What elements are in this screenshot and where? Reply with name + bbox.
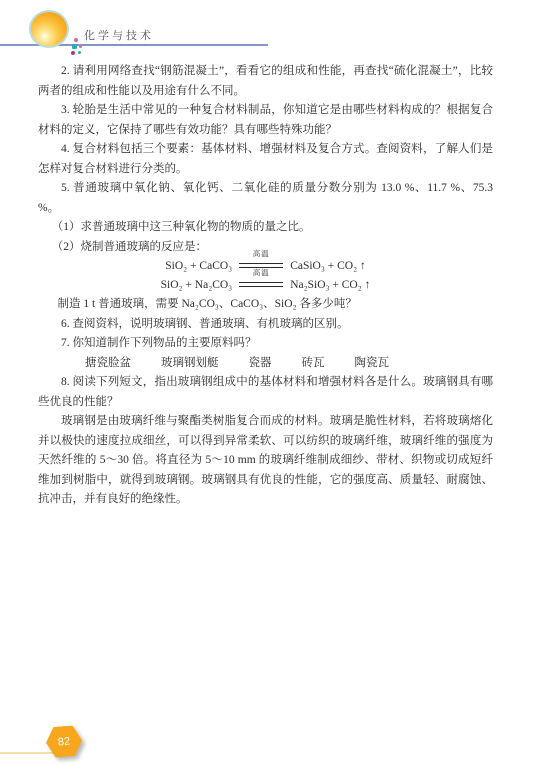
question-7-item-row: 搪瓷脸盆 玻璃钢划艇 瓷器 砖瓦 陶瓷瓦 xyxy=(38,354,493,374)
item-porcelain: 瓷器 xyxy=(249,354,272,374)
question-3: 3. 轮胎是生活中常见的一种复合材料制品，你知道它是由哪些材料构成的？根据复合材… xyxy=(38,101,493,140)
question-list: 2. 请利用网络查找“钢筋混凝土”，看看它的组成和性能，再查找“硫化混凝土”，比… xyxy=(38,62,493,510)
question-6: 6. 查阅资料，说明玻璃钢、普通玻璃、有机玻璃的区别。 xyxy=(38,315,493,335)
question-5: 5. 普通玻璃中氧化钠、氧化钙、二氧化硅的质量分数分别为 13.0 %、11.7… xyxy=(38,179,493,218)
question-5-followup: 制造 1 t 普通玻璃，需要 Na₂CO₃、CaCO₃、SiO₂ 各多少吨？ xyxy=(38,295,493,315)
equation-block: SiO₂ + CaCO₃高温CaSiO₃ + CO₂ ↑ SiO₂ + Na₂C… xyxy=(38,257,493,295)
page-number-hexagon: 82 xyxy=(44,724,83,759)
equation-lhs: SiO₂ + CaCO₃ xyxy=(165,260,232,272)
reading-passage: 玻璃钢是由玻璃纤维与聚酯类树脂复合而成的材料。玻璃是脆性材料，若将玻璃熔化并以极… xyxy=(38,412,493,510)
chapter-title: 化学与技术 xyxy=(84,27,154,43)
page-header: 化学与技术 xyxy=(0,0,550,58)
condition-label: 高温 xyxy=(253,263,270,282)
condition-label: 高温 xyxy=(253,244,270,263)
chemical-equation-2: SiO₂ + Na₂CO₃高温Na₂SiO₃ + CO₂ ↑ xyxy=(38,276,493,295)
item-enamel-basin: 搪瓷脸盆 xyxy=(85,354,131,374)
equation-rhs: Na₂SiO₃ + CO₂ ↑ xyxy=(290,279,370,291)
item-fiberglass-rowboat: 玻璃钢划艇 xyxy=(161,354,219,374)
question-2: 2. 请利用网络查找“钢筋混凝土”，看看它的组成和性能，再查找“硫化混凝土”，比… xyxy=(38,62,493,101)
page-number-badge: 82 xyxy=(46,726,82,757)
equation-rhs: CaSiO₃ + CO₂ ↑ xyxy=(290,260,366,272)
molecule-icon xyxy=(67,38,85,56)
question-8: 8. 阅读下列短文，指出玻璃钢组成中的基体材料和增强材料各是什么。玻璃钢具有哪些… xyxy=(38,373,493,412)
equation-lhs: SiO₂ + Na₂CO₃ xyxy=(161,279,233,291)
question-5-sub-1: （1）求普通玻璃中这三种氧化物的物质的量之比。 xyxy=(38,218,493,238)
item-ceramic-tile: 陶瓷瓦 xyxy=(355,354,390,374)
sun-sphere-logo xyxy=(29,10,69,48)
question-7: 7. 你知道制作下列物品的主要原料吗？ xyxy=(38,334,493,354)
item-brick-tile: 砖瓦 xyxy=(302,354,325,374)
question-4: 4. 复合材料包括三个要素：基体材料、增强材料及复合方式。查阅资料，了解人们是怎… xyxy=(38,140,493,179)
reaction-condition-sign: 高温 xyxy=(239,282,283,287)
